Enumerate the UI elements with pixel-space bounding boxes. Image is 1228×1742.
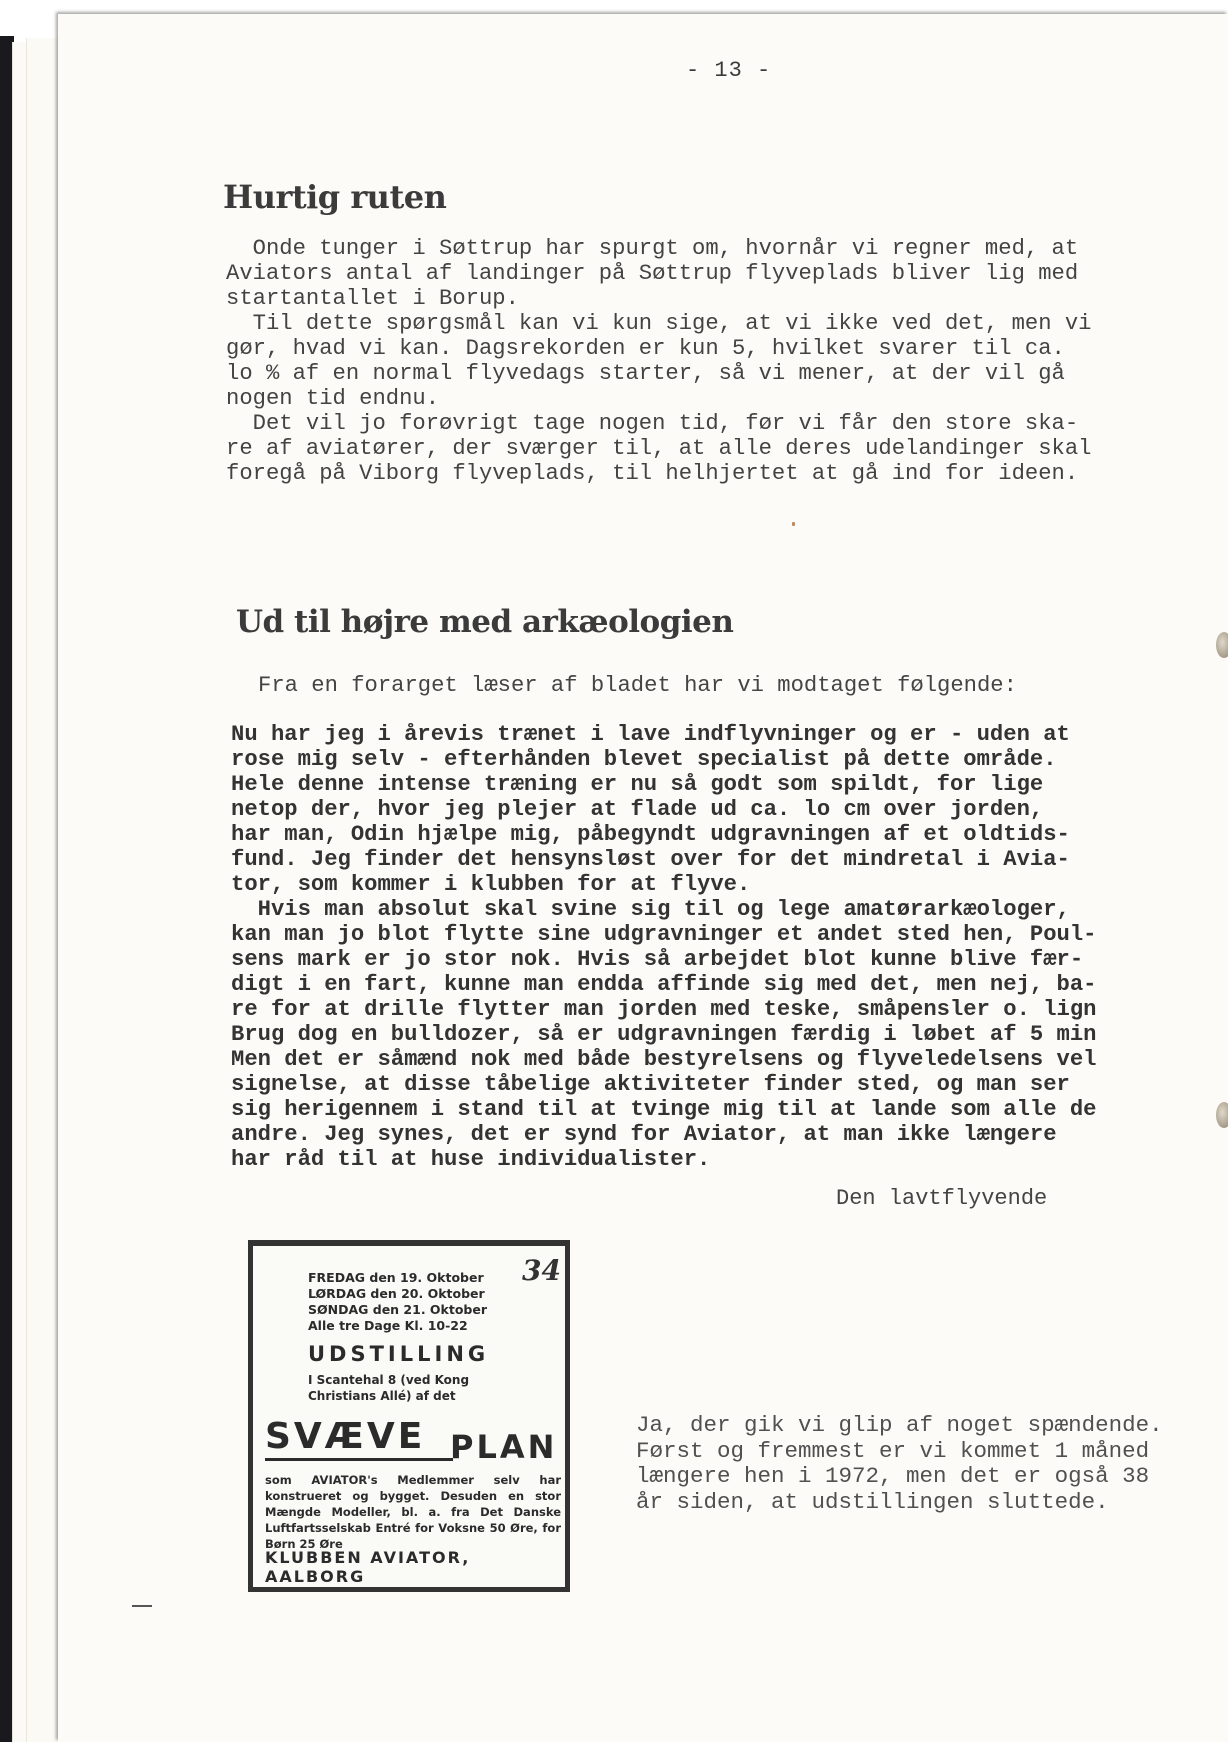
clipping-title-suffix: PLAN: [450, 1428, 557, 1466]
letter-body: Nu har jeg i årevis trænet i lave indfly…: [231, 722, 1096, 1172]
clipping-headline: UDSTILLING: [308, 1342, 489, 1366]
paper-speck: [792, 522, 795, 526]
editor-note: Ja, der gik vi glip af noget spændende. …: [636, 1413, 1163, 1515]
margin-dash: [132, 1605, 152, 1607]
clipping-dates: FREDAG den 19. Oktober LØRDAG den 20. Ok…: [308, 1270, 487, 1334]
clipping-footer: KLUBBEN AVIATOR, AALBORG: [265, 1548, 565, 1586]
letter-signature: Den lavtflyvende: [836, 1186, 1047, 1211]
handwritten-number: 34: [522, 1254, 561, 1287]
clipping-location: I Scantehal 8 (ved Kong Christians Allé)…: [308, 1372, 508, 1404]
newspaper-clipping: FREDAG den 19. Oktober LØRDAG den 20. Ok…: [248, 1240, 570, 1592]
article-title-hurtig-ruten: Hurtig ruten: [223, 178, 446, 216]
clipping-date-line: LØRDAG den 20. Oktober: [308, 1286, 487, 1302]
clipping-date-line: SØNDAG den 21. Oktober: [308, 1302, 487, 1318]
page-number: - 13 -: [686, 58, 771, 83]
punch-hole: [1216, 1102, 1228, 1128]
clipping-body: som AVIATOR's Medlemmer selv har konstru…: [265, 1472, 561, 1552]
article-body-hurtig-ruten: Onde tunger i Søttrup har spurgt om, hvo…: [226, 236, 1091, 486]
clipping-date-line: FREDAG den 19. Oktober: [308, 1270, 487, 1286]
clipping-date-line: Alle tre Dage Kl. 10-22: [308, 1318, 487, 1334]
article-title-arkaeologi: Ud til højre med arkæologien: [236, 604, 733, 640]
clipping-underline: [265, 1458, 453, 1461]
clipping-title-main: SVÆVE: [265, 1416, 425, 1457]
punch-hole: [1216, 632, 1228, 658]
letter-intro: Fra en forarget læser af bladet har vi m…: [258, 673, 1017, 698]
